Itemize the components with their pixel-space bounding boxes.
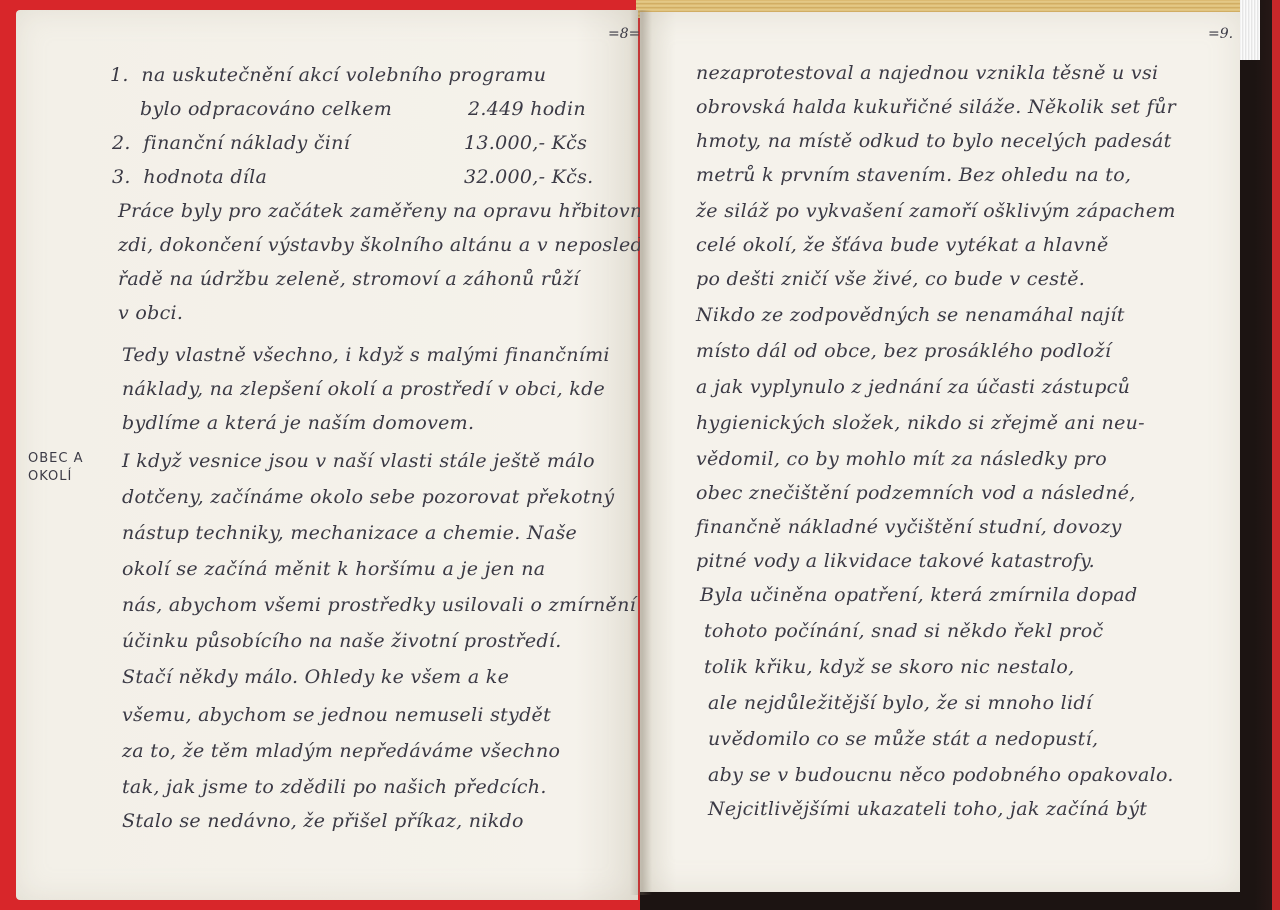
text-line: místo dál od obce, bez prosáklého podlož…: [696, 340, 1111, 362]
text-line: bydlíme a která je naším domovem.: [122, 412, 474, 434]
text-line: uvědomilo co se může stát a nedopustí,: [708, 728, 1098, 750]
text-line: okolí se začíná měnit k horšímu a je jen…: [122, 558, 545, 580]
text-line: a jak vyplynulo z jednání za účasti zást…: [696, 376, 1130, 398]
text-line: celé okolí, že šťáva bude vytékat a hlav…: [696, 234, 1109, 256]
text-line: Nikdo ze zodpovědných se nenamáhal najít: [696, 304, 1125, 326]
text-line: náklady, na zlepšení okolí a prostředí v…: [122, 378, 605, 400]
list-number: 1.: [110, 64, 129, 86]
text-line: všemu, abychom se jednou nemuseli stydět: [122, 704, 551, 726]
list-text: bylo odpracováno celkem: [140, 98, 392, 120]
text-line: Byla učiněna opatření, která zmírnila do…: [700, 584, 1137, 606]
page-number: =9.: [1208, 26, 1233, 42]
list-number: 3.: [112, 166, 131, 188]
text-line: účinku působícího na naše životní prostř…: [122, 630, 562, 652]
margin-note-line: OKOLÍ: [28, 468, 83, 486]
list-item: 2. finanční náklady činí: [112, 132, 350, 154]
text-line: obec znečištění podzemních vod a následn…: [696, 482, 1136, 504]
left-page: =8= OBEC A OKOLÍ 1. na uskutečnění akcí …: [16, 10, 638, 900]
page-edges-stack: [1240, 0, 1260, 60]
text-line: I když vesnice jsou v naší vlasti stále …: [122, 450, 595, 472]
text-line: Tedy vlastně všechno, i když s malými fi…: [122, 344, 610, 366]
text-line: zdi, dokončení výstavby školního altánu …: [118, 234, 662, 256]
list-item: bylo odpracováno celkem: [140, 98, 392, 120]
margin-note: OBEC A OKOLÍ: [28, 450, 83, 486]
list-text: hodnota díla: [143, 166, 267, 188]
text-line: nezaprotestoval a najednou vznikla těsně…: [696, 62, 1158, 84]
text-line: tolik křiku, když se skoro nic nestalo,: [704, 656, 1074, 678]
text-line: že siláž po vykvašení zamoří ošklivým zá…: [696, 200, 1176, 222]
book-gutter: [630, 10, 652, 895]
text-line: vědomil, co by mohlo mít za následky pro: [696, 448, 1107, 470]
text-line: hygienických složek, nikdo si zřejmě ani…: [696, 412, 1145, 434]
text-line: dotčeny, začínáme okolo sebe pozorovat p…: [122, 486, 614, 508]
cover-edge: [1272, 0, 1280, 910]
text-line: nás, abychom všemi prostředky usilovali …: [122, 594, 636, 616]
list-text: finanční náklady činí: [143, 132, 350, 154]
text-line: obrovská halda kukuřičné siláže. Několik…: [696, 96, 1176, 118]
right-page: =9. nezaprotestoval a najednou vznikla t…: [640, 12, 1240, 892]
list-number: 2.: [112, 132, 131, 154]
list-amount: 32.000,- Kčs.: [464, 166, 594, 188]
text-line: finančně nákladné vyčištění studní, dovo…: [696, 516, 1122, 538]
text-line: tohoto počínání, snad si někdo řekl proč: [704, 620, 1103, 642]
text-line: v obci.: [118, 302, 183, 324]
text-line: aby se v budoucnu něco podobného opakova…: [708, 764, 1174, 786]
text-line: Nejcitlivějšími ukazateli toho, jak začí…: [708, 798, 1147, 820]
text-line: po dešti zničí vše živé, co bude v cestě…: [696, 268, 1085, 290]
text-line: hmoty, na místě odkud to bylo necelých p…: [696, 130, 1172, 152]
margin-note-line: OBEC A: [28, 450, 83, 468]
text-line: řadě na údržbu zeleně, stromoví a záhonů…: [118, 268, 580, 290]
text-line: pitné vody a likvidace takové katastrofy…: [696, 550, 1095, 572]
list-item: 1. na uskutečnění akcí volebního program…: [110, 64, 546, 86]
text-line: za to, že těm mladým nepředáváme všechno: [122, 740, 560, 762]
text-line: ale nejdůležitější bylo, že si mnoho lid…: [708, 692, 1092, 714]
list-item: 3. hodnota díla: [112, 166, 267, 188]
text-line: Stalo se nedávno, že přišel příkaz, nikd…: [122, 810, 524, 832]
text-line: Práce byly pro začátek zaměřeny na oprav…: [118, 200, 649, 222]
text-line: nástup techniky, mechanizace a chemie. N…: [122, 522, 577, 544]
list-amount: 2.449 hodin: [468, 98, 586, 120]
text-line: tak, jak jsme to zdědili po našich předc…: [122, 776, 547, 798]
list-amount: 13.000,- Kčs: [464, 132, 587, 154]
text-line: metrů k prvním stavením. Bez ohledu na t…: [696, 164, 1131, 186]
text-line: Stačí někdy málo. Ohledy ke všem a ke: [122, 666, 509, 688]
list-text: na uskutečnění akcí volebního programu: [141, 64, 546, 86]
